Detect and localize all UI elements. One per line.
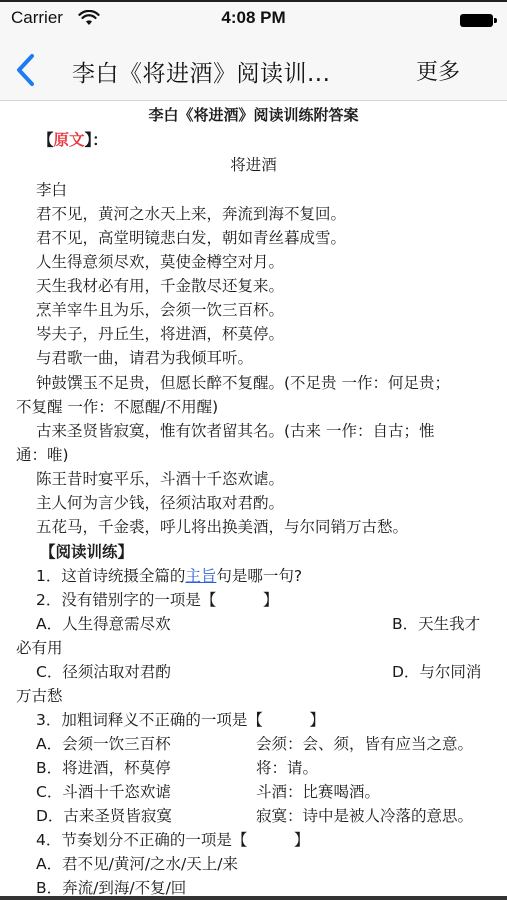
poem-line: 烹羊宰牛且为乐，会须一饮三百杯。 bbox=[36, 298, 284, 320]
question-3-stem: 3．加粗词释义不正确的一项是【 】 bbox=[36, 708, 325, 730]
poem-line: 主人何为言少钱，径须沽取对君酌。 bbox=[36, 491, 284, 513]
question-3-option-b: B．将进酒，杯莫停 bbox=[36, 756, 171, 778]
poem-line: 钟鼓馔玉不足贵，但愿长醉不复醒。(不足贵 一作：何足贵； bbox=[36, 371, 450, 393]
original-label: 原文 bbox=[54, 131, 85, 149]
bracket-open: 【 bbox=[38, 131, 54, 149]
poem-line: 五花马，千金裘，呼儿将出换美酒，与尔同销万古愁。 bbox=[36, 515, 408, 537]
question-2-option-b: B．天生我才 bbox=[392, 612, 480, 634]
poem-author: 李白 bbox=[36, 178, 67, 200]
document-view[interactable]: 李白《将进酒》阅读训练附答案 【原文】： 将进酒 李白 君不见，黄河之水天上来，… bbox=[0, 101, 507, 900]
bottom-edge bbox=[0, 896, 507, 900]
poem-line: 君不见，黄河之水天上来，奔流到海不复回。 bbox=[36, 202, 346, 224]
question-4-option-a: A．君不见/黄河/之水/天上/来 bbox=[36, 852, 238, 874]
battery-icon bbox=[460, 14, 497, 28]
top-bar: Carrier 4:08 PM 李白《将进酒》阅读训... 更多 bbox=[0, 0, 507, 101]
nav-title: 李白《将进酒》阅读训... bbox=[72, 55, 372, 88]
question-3-option-c-gloss: 斗酒：比赛喝酒。 bbox=[256, 780, 380, 802]
back-chevron-icon[interactable] bbox=[10, 50, 40, 90]
question-3-option-b-gloss: 将：请。 bbox=[256, 756, 318, 778]
poem-line: 天生我材必有用，千金散尽还复来。 bbox=[36, 274, 284, 296]
question-4-stem: 4．节奏划分不正确的一项是【 】 bbox=[36, 828, 309, 850]
question-2-option-b-continued: 必有用 bbox=[16, 636, 63, 658]
status-bar: Carrier 4:08 PM bbox=[0, 2, 507, 36]
navigation-bar: 李白《将进酒》阅读训... 更多 bbox=[0, 36, 507, 102]
question-3-option-a-gloss: 会须：会、须，皆有应当之意。 bbox=[256, 732, 473, 754]
question-4-option-b: B．奔流/到海/不复/回 bbox=[36, 876, 186, 898]
status-time: 4:08 PM bbox=[0, 8, 507, 28]
question-2-option-a: A．人生得意需尽欢 bbox=[36, 612, 171, 634]
more-button[interactable]: 更多 bbox=[416, 55, 460, 86]
keyword-link[interactable]: 主旨 bbox=[185, 567, 216, 585]
bracket-close: 】： bbox=[85, 131, 108, 149]
document-title: 李白《将进酒》阅读训练附答案 bbox=[0, 104, 507, 125]
poem-line: 岑夫子，丹丘生，将进酒，杯莫停。 bbox=[36, 322, 284, 344]
question-2-stem: 2．没有错别字的一项是【 】 bbox=[36, 588, 278, 610]
question-3-option-c: C．斗酒十千恣欢谑 bbox=[36, 780, 171, 802]
poem-line: 君不见，高堂明镜悲白发，朝如青丝暮成雪。 bbox=[36, 226, 346, 248]
poem-title: 将进酒 bbox=[0, 153, 507, 175]
question-1: 1．这首诗统摄全篇的主旨句是哪一句? bbox=[36, 564, 302, 586]
poem-line: 与君歌一曲，请君为我倾耳听。 bbox=[36, 346, 253, 368]
question-3-option-a: A．会须一饮三百杯 bbox=[36, 732, 171, 754]
question-2-option-c: C．径须沽取对君酌 bbox=[36, 660, 171, 682]
question-3-option-d-gloss: 寂寞：诗中是被人冷落的意思。 bbox=[256, 804, 473, 826]
question-2-option-d-continued: 万古愁 bbox=[16, 684, 63, 706]
question-3-option-d: D．古来圣贤皆寂寞 bbox=[36, 804, 172, 826]
poem-line-continued: 通：唯) bbox=[16, 443, 69, 465]
poem-line: 陈王昔时宴平乐，斗酒十千恣欢谑。 bbox=[36, 467, 284, 489]
training-header: 【阅读训练】 bbox=[40, 540, 133, 562]
question-1-text-end: 句是哪一句? bbox=[216, 567, 302, 585]
poem-line-continued: 不复醒 一作：不愿醒/不用醒) bbox=[16, 395, 218, 417]
question-2-option-d: D．与尔同消 bbox=[392, 660, 481, 682]
original-text-header: 【原文】： bbox=[38, 128, 108, 150]
poem-line: 古来圣贤皆寂寞，惟有饮者留其名。(古来 一作：自古；惟 bbox=[36, 419, 434, 441]
question-1-text: 1．这首诗统摄全篇的 bbox=[36, 567, 185, 585]
poem-line: 人生得意须尽欢，莫使金樽空对月。 bbox=[36, 250, 284, 272]
